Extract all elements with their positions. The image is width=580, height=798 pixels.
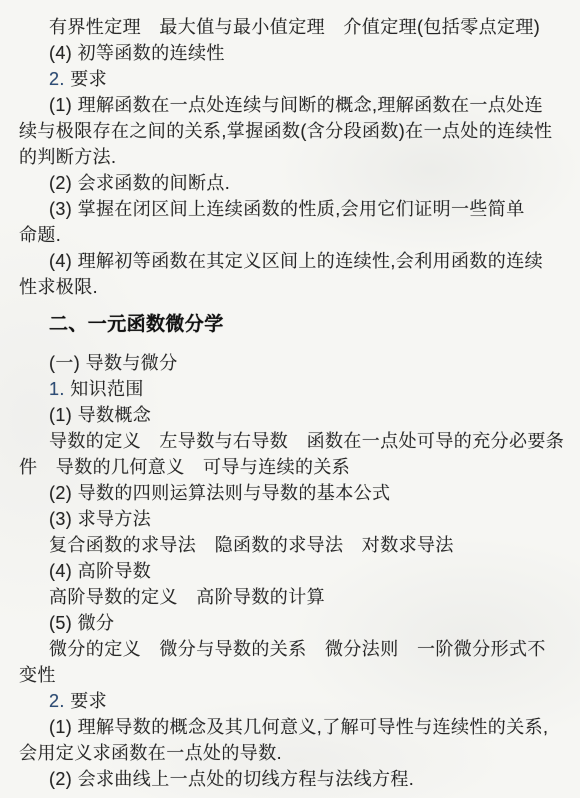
text-line: 会用定义求函数在一点处的导数.: [19, 740, 572, 766]
line-text: (5) 微分: [49, 613, 114, 633]
text-line: 1. 知识范围: [19, 376, 572, 402]
text-line: (4) 高阶导数: [19, 558, 572, 584]
line-text: 的判断方法.: [19, 147, 116, 167]
line-text: (2) 会求曲线上一点处的切线方程与法线方程.: [49, 769, 414, 789]
text-line: 有界性定理 最大值与最小值定理 介值定理(包括零点定理): [19, 14, 572, 40]
line-text: (1) 理解函数在一点处连续与间断的概念,理解函数在一点处连: [49, 95, 543, 115]
text-line: (5) 微分: [19, 610, 572, 636]
text-line: (2) 会求函数的间断点.: [19, 170, 572, 196]
text-line: (3) 求导方法: [19, 506, 572, 532]
text-line: 件 导数的几何意义 可导与连续的关系: [19, 454, 572, 480]
text-line: (4) 初等函数的连续性: [19, 40, 572, 66]
line-text: (4) 理解初等函数在其定义区间上的连续性,会利用函数的连续: [49, 251, 543, 271]
text-line: (4) 理解初等函数在其定义区间上的连续性,会利用函数的连续: [19, 248, 572, 274]
section-heading: 二、一元函数微分学: [19, 312, 572, 338]
line-text: 知识范围: [65, 379, 144, 399]
line-text: 续与极限存在之间的关系,掌握函数(含分段函数)在一点处的连续性: [19, 121, 552, 141]
line-text: 复合函数的求导法 隐函数的求导法 对数求导法: [49, 535, 454, 555]
line-text: 性求极限.: [19, 277, 98, 297]
line-text: (4) 初等函数的连续性: [49, 43, 225, 63]
text-line: 变性: [19, 662, 572, 688]
line-text: (1) 导数概念: [49, 405, 151, 425]
text-line: (1) 理解函数在一点处连续与间断的概念,理解函数在一点处连: [19, 92, 572, 118]
line-text: (一) 导数与微分: [49, 353, 178, 373]
text-line: 高阶导数的定义 高阶导数的计算: [19, 584, 572, 610]
line-text: 要求: [65, 691, 107, 711]
text-line: (1) 理解导数的概念及其几何意义,了解可导性与连续性的关系,: [19, 714, 572, 740]
line-text: 二、一元函数微分学: [49, 314, 224, 335]
text-line: 导数的定义 左导数与右导数 函数在一点处可导的充分必要条: [19, 428, 572, 454]
line-text: 变性: [19, 665, 56, 685]
document-body: 有界性定理 最大值与最小值定理 介值定理(包括零点定理)(4) 初等函数的连续性…: [19, 14, 572, 792]
line-text: 微分的定义 微分与导数的关系 微分法则 一阶微分形式不: [49, 639, 546, 659]
text-line: 续与极限存在之间的关系,掌握函数(含分段函数)在一点处的连续性: [19, 118, 572, 144]
text-line: 性求极限.: [19, 274, 572, 300]
text-line: 的判断方法.: [19, 144, 572, 170]
line-text: 件 导数的几何意义 可导与连续的关系: [19, 457, 350, 477]
text-line: 2. 要求: [19, 66, 572, 92]
line-text: (3) 掌握在闭区间上连续函数的性质,会用它们证明一些简单: [49, 199, 525, 219]
line-text: (2) 导数的四则运算法则与导数的基本公式: [49, 483, 390, 503]
text-line: (一) 导数与微分: [19, 350, 572, 376]
line-text: 要求: [65, 69, 107, 89]
scanned-page: { "page": { "background_color": "#f6f6f3…: [0, 0, 580, 798]
text-line: (2) 导数的四则运算法则与导数的基本公式: [19, 480, 572, 506]
text-line: (3) 掌握在闭区间上连续函数的性质,会用它们证明一些简单: [19, 196, 572, 222]
document-page: 有界性定理 最大值与最小值定理 介值定理(包括零点定理)(4) 初等函数的连续性…: [0, 0, 580, 798]
line-text: 会用定义求函数在一点处的导数.: [19, 743, 282, 763]
text-line: (2) 会求曲线上一点处的切线方程与法线方程.: [19, 766, 572, 792]
line-text: (2) 会求函数的间断点.: [49, 173, 230, 193]
line-text: (3) 求导方法: [49, 509, 151, 529]
line-text: 高阶导数的定义 高阶导数的计算: [49, 587, 325, 607]
line-text: 命题.: [19, 225, 61, 245]
line-text: (4) 高阶导数: [49, 561, 151, 581]
list-number: 1.: [49, 379, 65, 399]
text-line: (1) 导数概念: [19, 402, 572, 428]
text-line: 2. 要求: [19, 688, 572, 714]
text-line: 复合函数的求导法 隐函数的求导法 对数求导法: [19, 532, 572, 558]
line-text: 有界性定理 最大值与最小值定理 介值定理(包括零点定理): [49, 17, 540, 37]
list-number: 2.: [49, 691, 65, 711]
list-number: 2.: [49, 69, 65, 89]
text-line: 微分的定义 微分与导数的关系 微分法则 一阶微分形式不: [19, 636, 572, 662]
text-line: 命题.: [19, 222, 572, 248]
line-text: 导数的定义 左导数与右导数 函数在一点处可导的充分必要条: [49, 431, 564, 451]
line-text: (1) 理解导数的概念及其几何意义,了解可导性与连续性的关系,: [49, 717, 548, 737]
